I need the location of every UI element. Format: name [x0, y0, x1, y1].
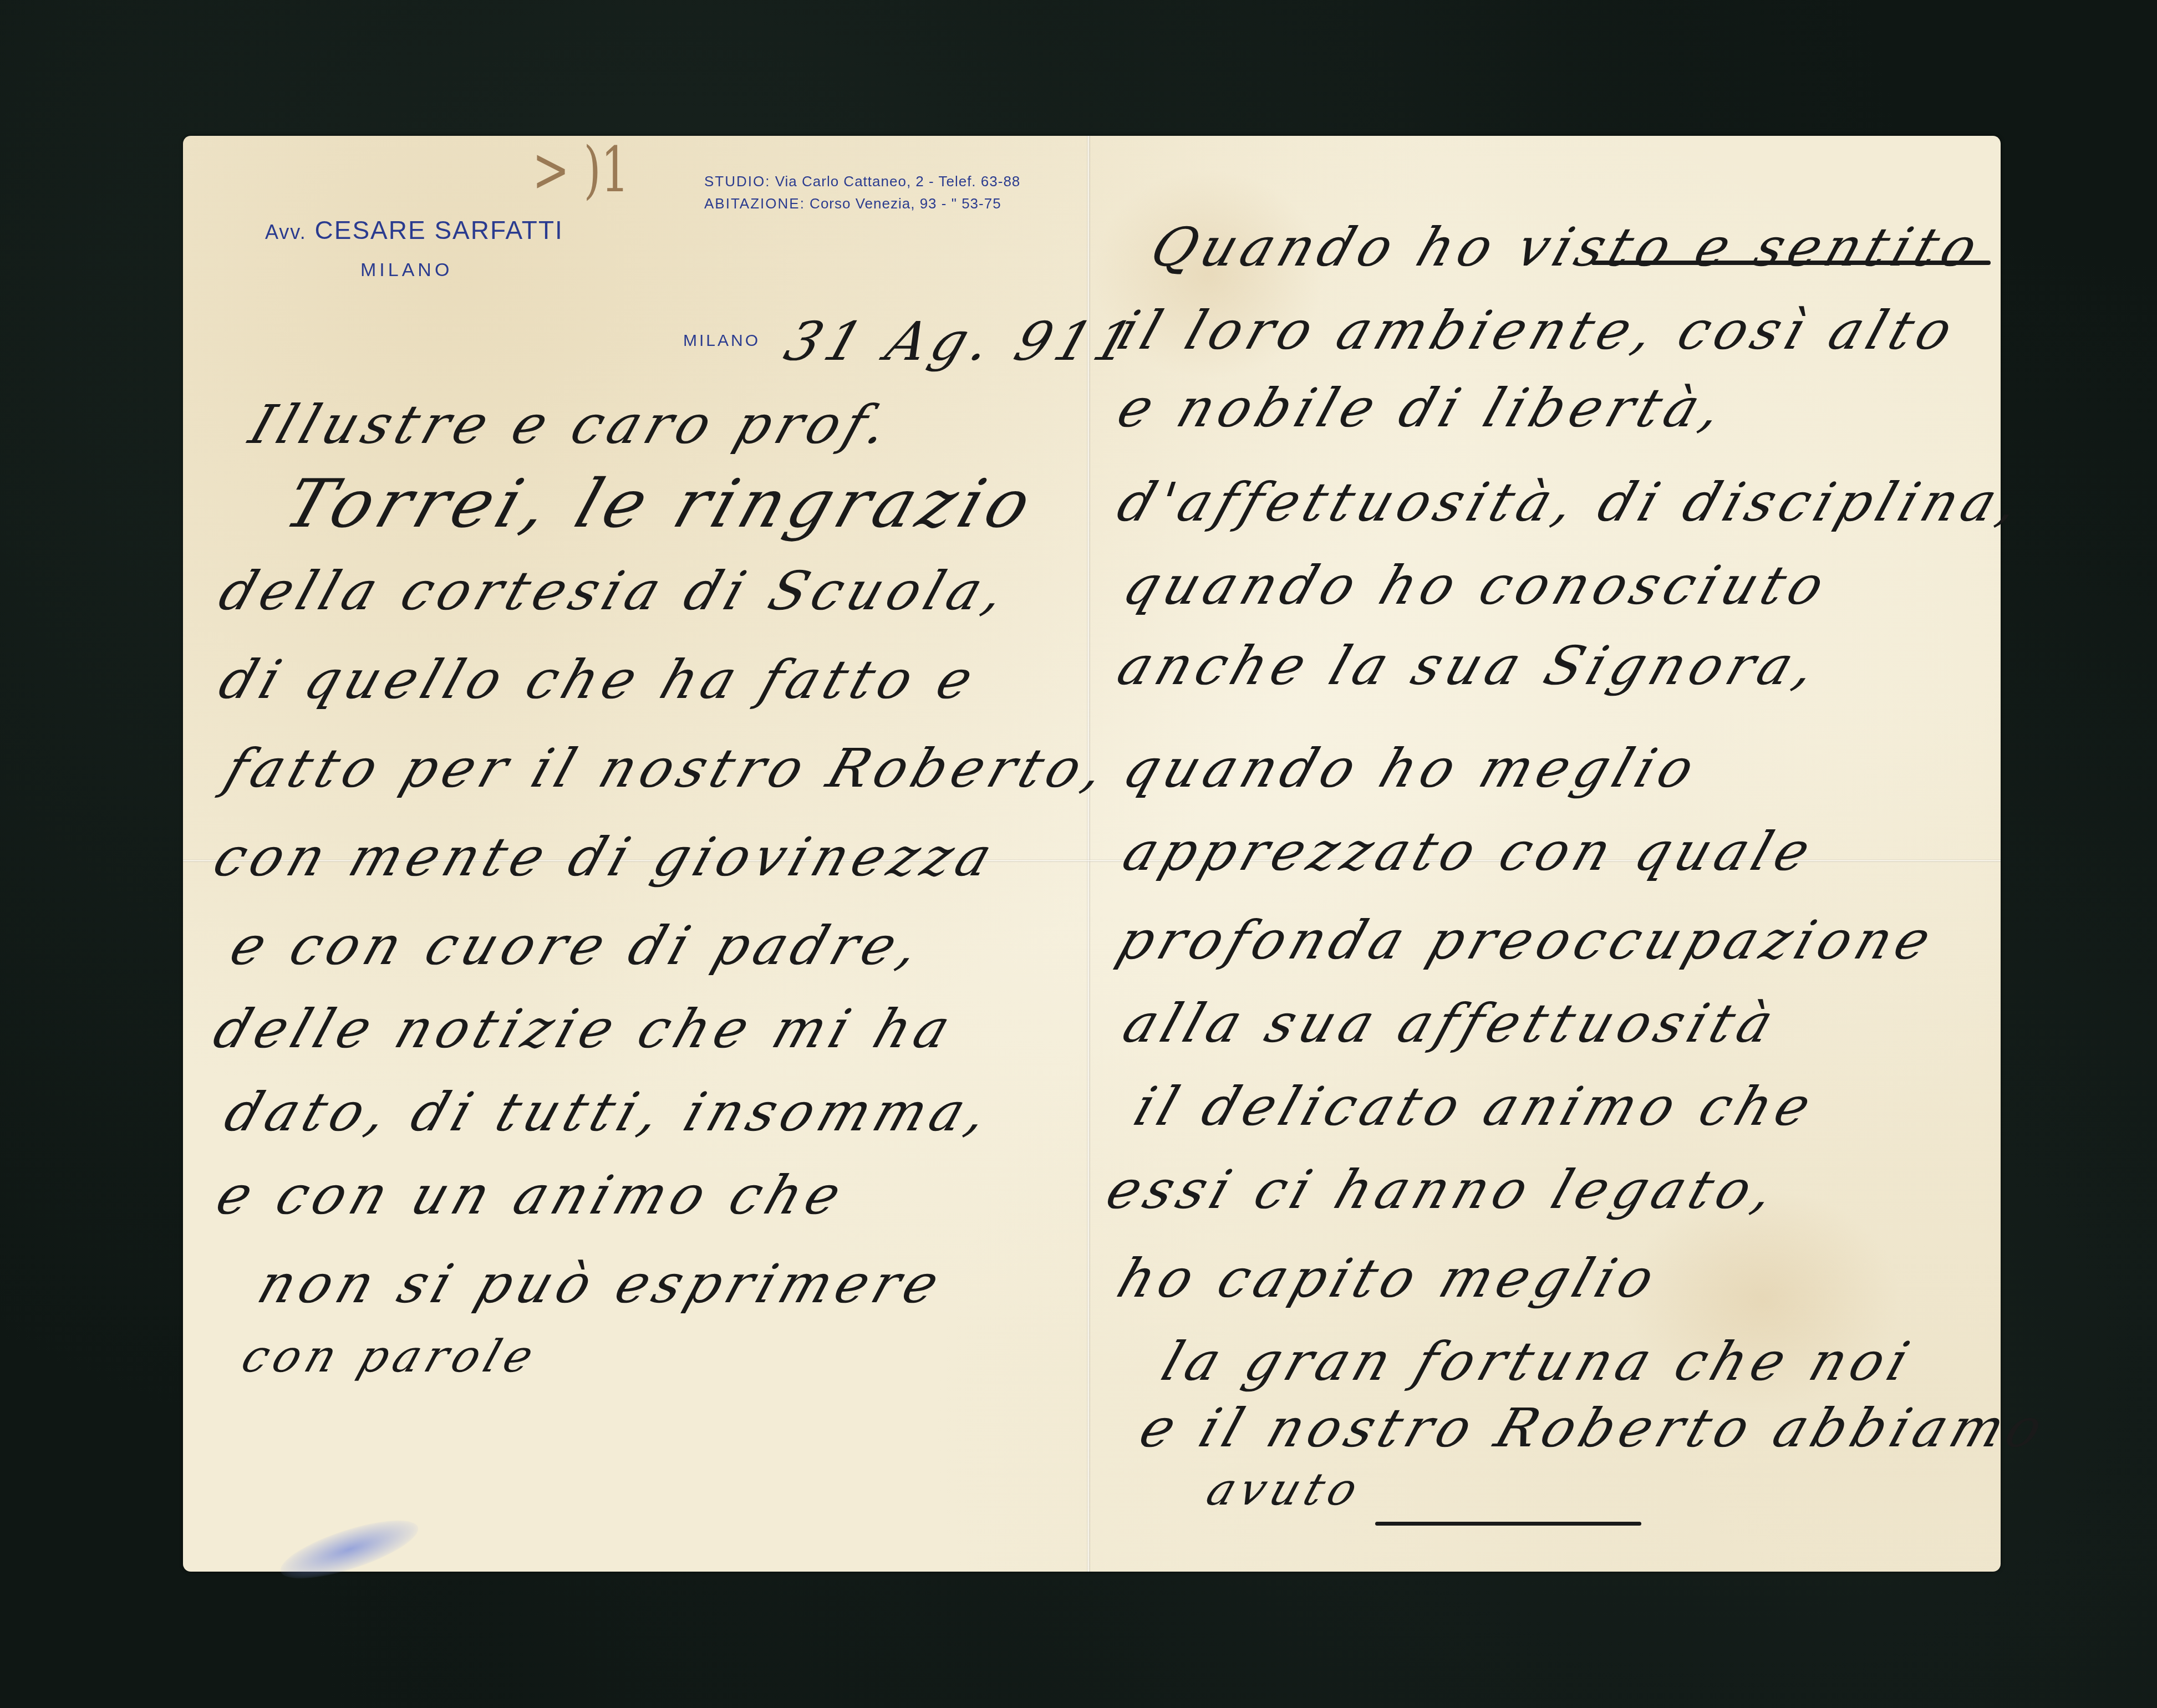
left-line: con parole — [236, 1330, 545, 1382]
letterhead-home: ABITAZIONE: Corso Venezia, 93 - " 53-75 — [704, 195, 1001, 212]
letterhead-name: Avv. CESARE SARFATTI — [265, 215, 563, 245]
right-line: alla sua affettuosità — [1116, 992, 1786, 1054]
studio-address: Via Carlo Cattaneo, 2 - Telef. 63-88 — [775, 173, 1021, 190]
underline-stroke — [1591, 261, 1991, 265]
archive-pencil-mark: > )1 — [532, 134, 629, 206]
left-line: con mente di giovinezza — [206, 826, 1005, 888]
date-handwritten: 31 Ag. 911 — [777, 310, 1146, 373]
left-line: non si può esprimere — [251, 1253, 952, 1315]
left-line: delle notizie che mi ha — [206, 998, 963, 1060]
closing-stroke — [1375, 1522, 1641, 1526]
right-line: il loro ambiente, così alto — [1110, 299, 1966, 361]
studio-label: STUDIO: — [704, 173, 770, 190]
left-line: Torrei, le ringrazio — [276, 466, 1046, 543]
right-line: essi ci hanno legato, — [1099, 1159, 1788, 1221]
right-line: ho capito meglio — [1110, 1247, 1667, 1309]
left-line: Illustre e caro prof. — [242, 394, 902, 456]
home-address: Corso Venezia, 93 - " 53-75 — [810, 195, 1001, 212]
right-line: avuto — [1200, 1464, 1370, 1515]
home-label: ABITAZIONE: — [704, 195, 805, 212]
right-line: apprezzato con quale — [1116, 820, 1823, 883]
right-line: d'affettuosità, di disciplina, — [1110, 471, 2033, 533]
right-line: il delicato animo che — [1127, 1075, 1824, 1138]
right-line: anche la sua Signora, — [1110, 635, 1829, 697]
left-line: di quello che ha fatto e — [212, 649, 986, 711]
right-line: profonda preoccupazione — [1110, 909, 1944, 971]
left-line: della cortesia di Scuola, — [212, 560, 1019, 622]
right-line: quando ho meglio — [1116, 737, 1707, 799]
right-line: Quando ho visto e sentito — [1143, 216, 1991, 278]
date-place: MILANO — [683, 332, 760, 350]
right-line: e nobile di libertà, — [1110, 377, 1736, 439]
left-line: e con un animo che — [209, 1164, 854, 1226]
right-line: quando ho conosciuto — [1116, 554, 1838, 616]
letterhead-studio: STUDIO: Via Carlo Cattaneo, 2 - Telef. 6… — [704, 173, 1020, 190]
left-line: e con cuore di padre, — [223, 915, 933, 977]
letterhead-prefix: Avv. — [265, 221, 307, 243]
letterhead-city: MILANO — [360, 259, 452, 281]
right-line: la gran fortuna che noi — [1154, 1330, 1922, 1393]
left-line: dato, di tutti, insomma, — [217, 1081, 1001, 1143]
left-line: fatto per il nostro Roberto, — [217, 737, 1118, 799]
letterhead-lawyer-name: CESARE SARFATTI — [314, 216, 563, 244]
right-line: e il nostro Roberto abbiamo — [1132, 1397, 2056, 1459]
